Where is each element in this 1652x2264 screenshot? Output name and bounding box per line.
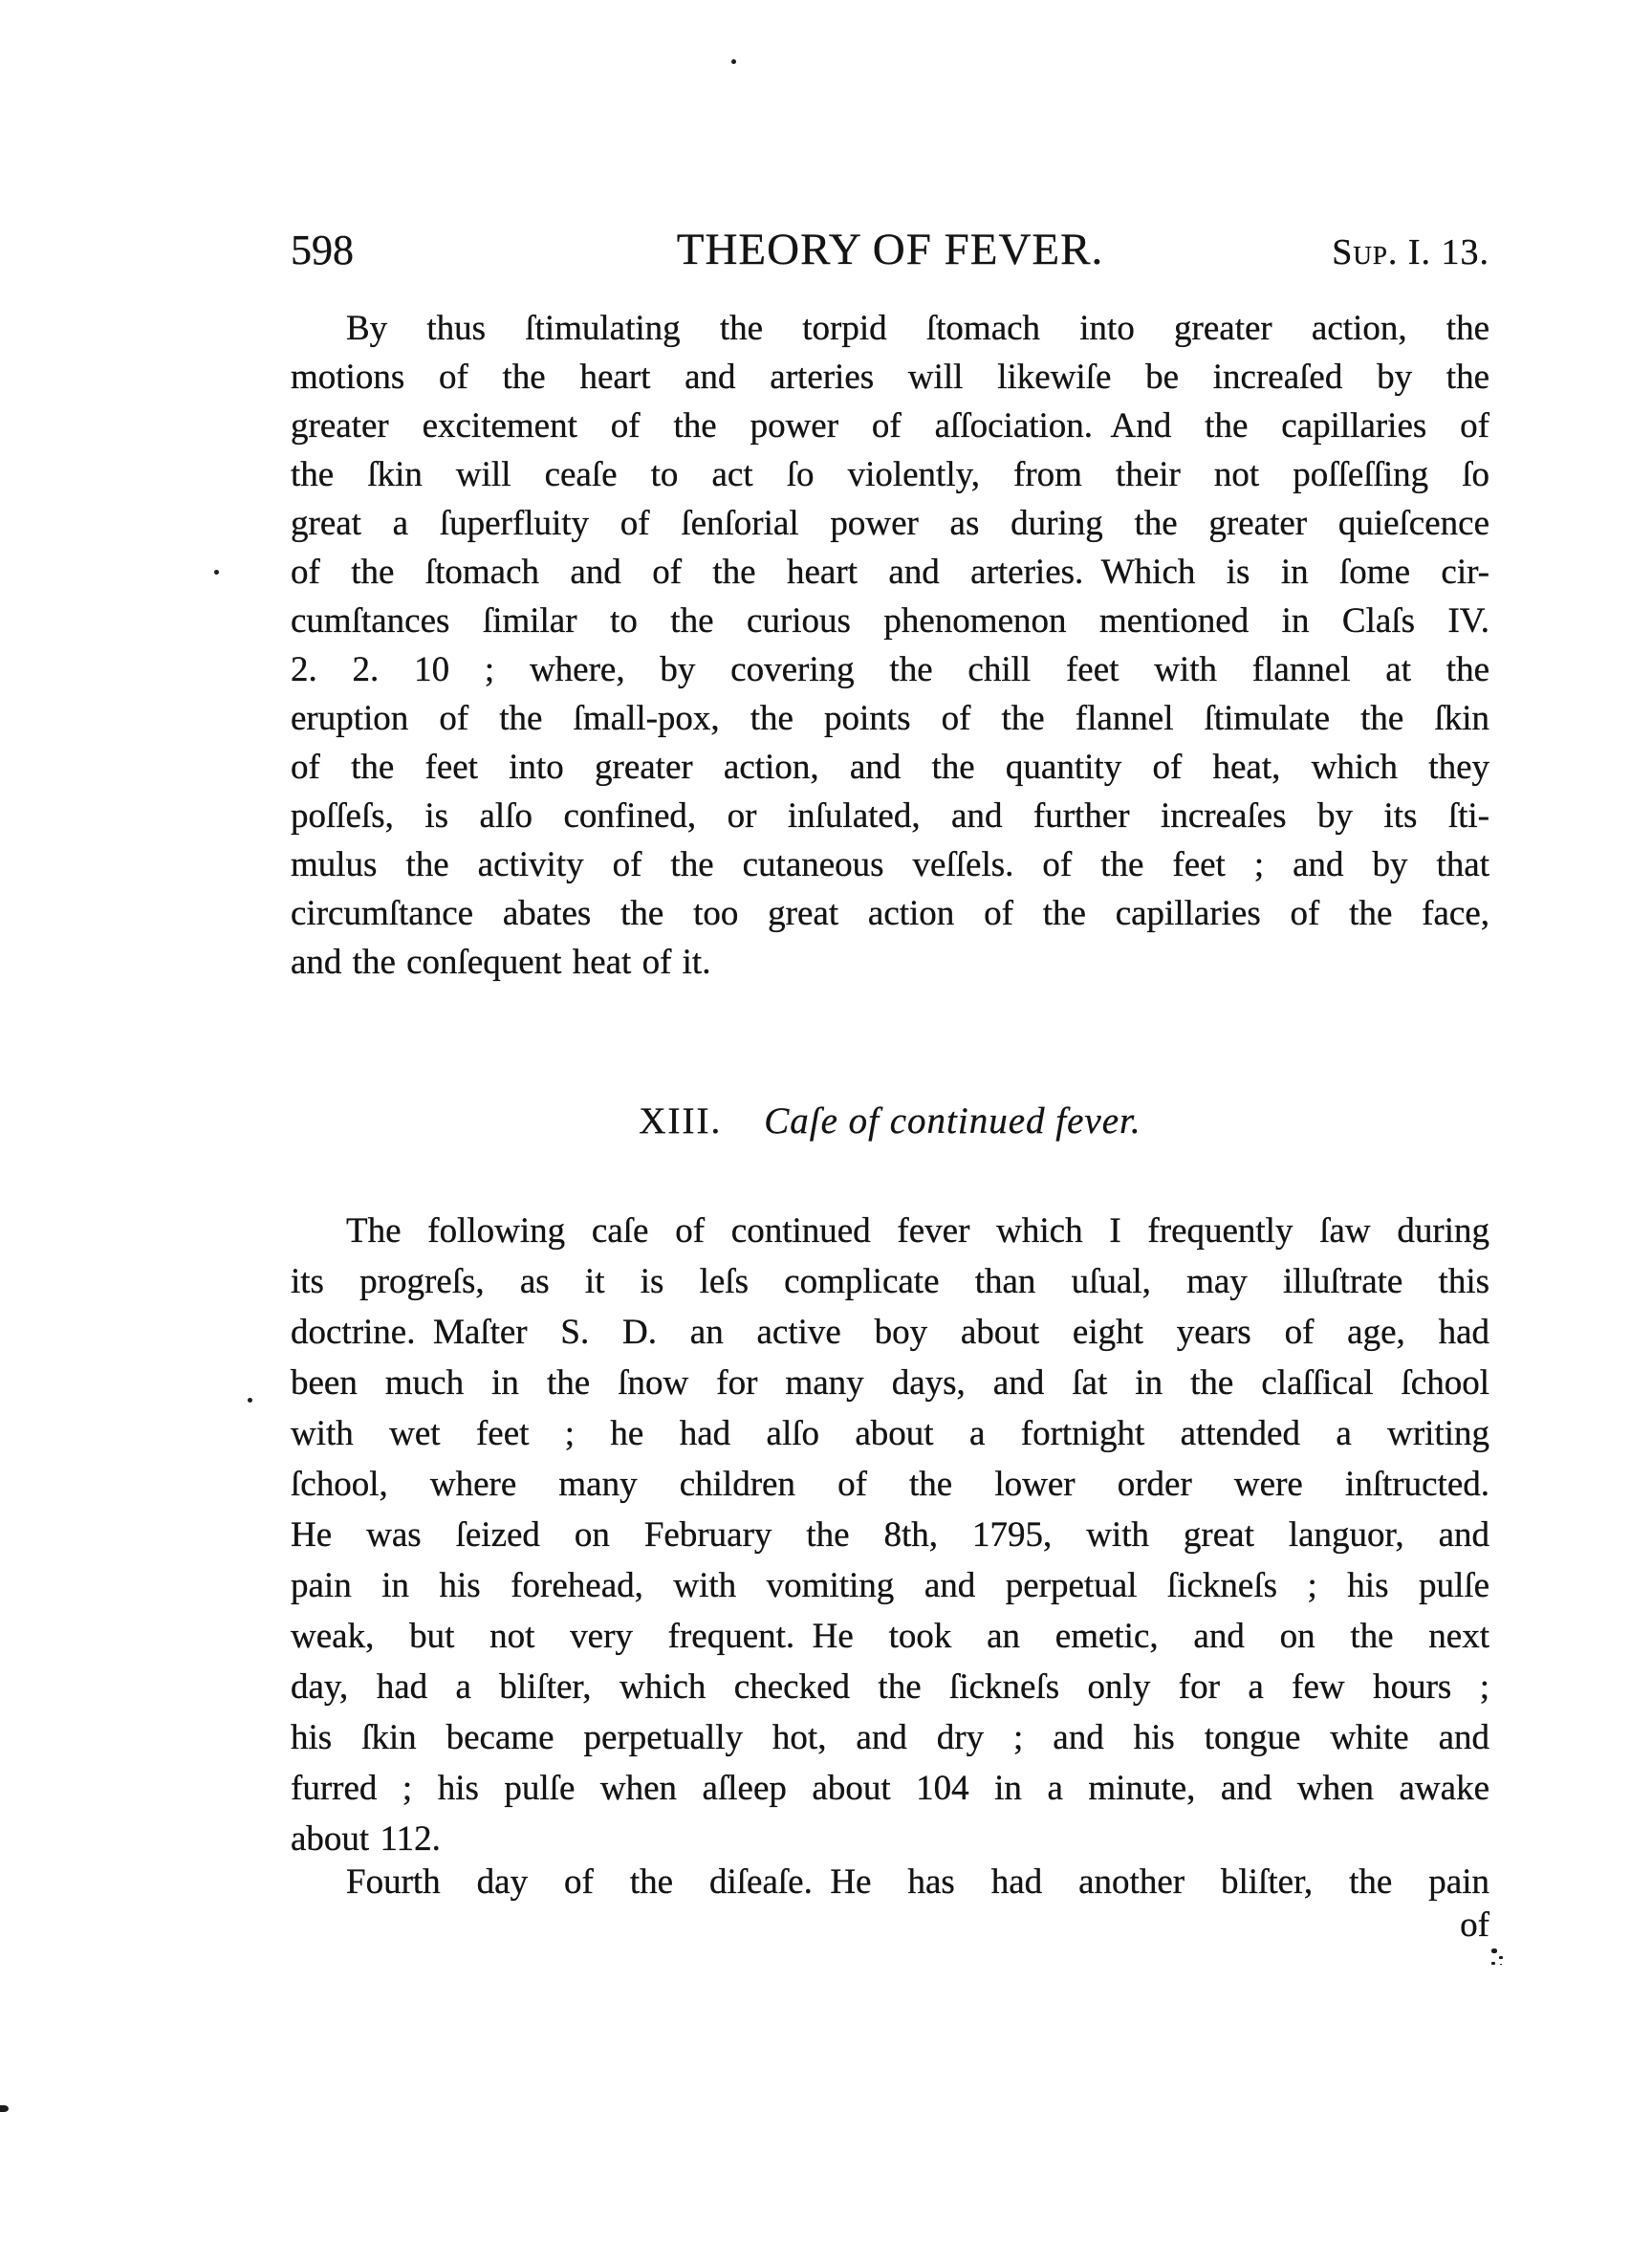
section-heading: XIII.Caſe of continued fever. — [291, 1099, 1489, 1143]
catchword: of — [291, 1905, 1489, 1946]
text-line: cumſtances ſimilar to the curious phenom… — [291, 597, 1489, 645]
text-line: 2. 2. 10 ; where, by covering the chill … — [291, 645, 1489, 694]
text-line: of the feet into greater action, and the… — [291, 743, 1489, 792]
text-line: and the conſequent heat of it. — [291, 938, 1489, 987]
scan-artifact-dot — [731, 59, 736, 64]
section-numeral: XIII. — [639, 1100, 722, 1142]
text-line: poſſeſs, is alſo confined, or inſulated,… — [291, 792, 1489, 840]
page-header: 598 THEORY OF FEVER. Sup. I. 13. — [291, 224, 1489, 275]
text-line: eruption of the ſmall-pox, the points of… — [291, 694, 1489, 743]
scan-artifact-dot — [248, 1398, 252, 1403]
text-line: great a ſuperfluity of ſenſorial power a… — [291, 499, 1489, 548]
section-reference: Sup. I. 13. — [1332, 231, 1489, 273]
paragraph-case-description: The following caſe of continued fever wh… — [291, 1206, 1489, 1864]
scan-artifact-edge-mark — [0, 2105, 9, 2112]
scan-artifact-blot — [1491, 1948, 1497, 1953]
text-line: Fourth day of the diſeaſe. He has had an… — [291, 1857, 1489, 1907]
text-line: the ſkin will ceaſe to act ſo violently,… — [291, 450, 1489, 499]
text-line: furred ; his pulſe when aſleep about 104… — [291, 1763, 1489, 1814]
text-line: The following caſe of continued fever wh… — [291, 1206, 1489, 1256]
running-title: THEORY OF FEVER. — [677, 224, 1103, 275]
text-line: its progreſs, as it is leſs complicate t… — [291, 1256, 1489, 1307]
text-line: been much in the ſnow for many days, and… — [291, 1358, 1489, 1408]
text-line: with wet feet ; he had alſo about a fort… — [291, 1408, 1489, 1459]
text-line: of the ſtomach and of the heart and arte… — [291, 548, 1489, 597]
book-page: 598 THEORY OF FEVER. Sup. I. 13. By thus… — [0, 0, 1652, 2264]
text-line: weak, but not very frequent. He took an … — [291, 1611, 1489, 1662]
text-line: ſchool, where many children of the lower… — [291, 1459, 1489, 1510]
section-title: Caſe of continued fever. — [764, 1100, 1141, 1142]
text-line: his ſkin became perpetually hot, and dry… — [291, 1712, 1489, 1763]
text-line: day, had a bliſter, which checked the ſi… — [291, 1662, 1489, 1712]
text-line: pain in his forehead, with vomiting and … — [291, 1560, 1489, 1611]
page-number: 598 — [291, 226, 354, 274]
paragraph-theory-of-fever: By thus ſtimulating the torpid ſtomach i… — [291, 304, 1489, 987]
text-line: By thus ſtimulating the torpid ſtomach i… — [291, 304, 1489, 353]
text-line: He was ſeized on February the 8th, 1795,… — [291, 1510, 1489, 1560]
text-line: greater excitement of the power of aſſoc… — [291, 402, 1489, 450]
text-line: circumſtance abates the too great action… — [291, 889, 1489, 938]
text-line: doctrine. Maſter S. D. an active boy abo… — [291, 1307, 1489, 1358]
text-line: motions of the heart and arteries will l… — [291, 353, 1489, 402]
paragraph-fourth-day: Fourth day of the diſeaſe. He has had an… — [291, 1857, 1489, 1907]
text-line: mulus the activity of the cutaneous veſſ… — [291, 840, 1489, 889]
scan-artifact-dot — [214, 570, 219, 575]
